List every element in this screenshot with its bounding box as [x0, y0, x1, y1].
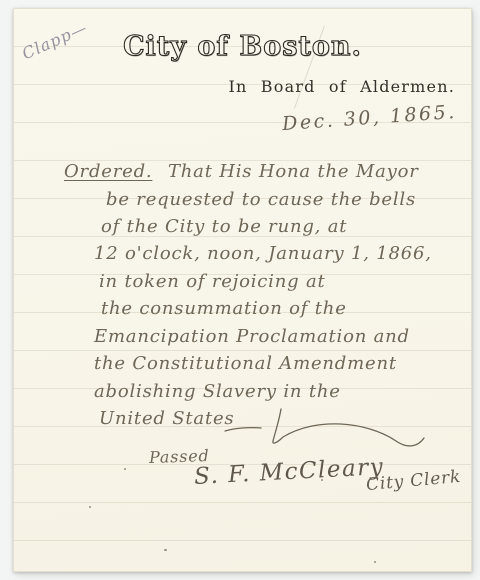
body-line-1: Ordered. That His Hona the Mayor: [64, 161, 419, 182]
paper-speck: [321, 479, 323, 481]
paper-speck: [124, 468, 126, 470]
body-line-3: of the City to be rung, at: [101, 216, 347, 237]
paper-speck: [164, 549, 167, 551]
scanned-document-background: Clapp— City of Boston. In Board of Alder…: [0, 0, 480, 580]
body-line-1-text: That His Hona the Mayor: [168, 161, 419, 182]
body-line-7: Emancipation Proclamation and: [94, 326, 410, 347]
body-line-8: the Constitutional Amendment: [94, 353, 397, 374]
date-line: Dec. 30, 1865.: [282, 101, 458, 135]
body-line-5: in token of rejoicing at: [99, 271, 326, 292]
body-line-2: be requested to cause the bells: [106, 189, 416, 210]
paper-speck: [374, 561, 376, 563]
paper-speck: [89, 506, 91, 508]
body-line-9: abolishing Slavery in the: [94, 381, 341, 402]
letterhead-title: City of Boston.: [14, 31, 471, 62]
ordered-word: Ordered.: [64, 161, 152, 182]
letterhead-subtitle: In Board of Aldermen.: [228, 77, 455, 96]
flourish-line: [221, 407, 431, 459]
body-line-4: 12 o'clock, noon, January 1, 1866,: [94, 243, 432, 264]
document-paper: Clapp— City of Boston. In Board of Alder…: [13, 8, 472, 572]
body-line-6: the consummation of the: [101, 298, 347, 319]
body-line-10: United States: [99, 408, 234, 429]
signature-name: S. F. McCleary: [193, 454, 384, 490]
